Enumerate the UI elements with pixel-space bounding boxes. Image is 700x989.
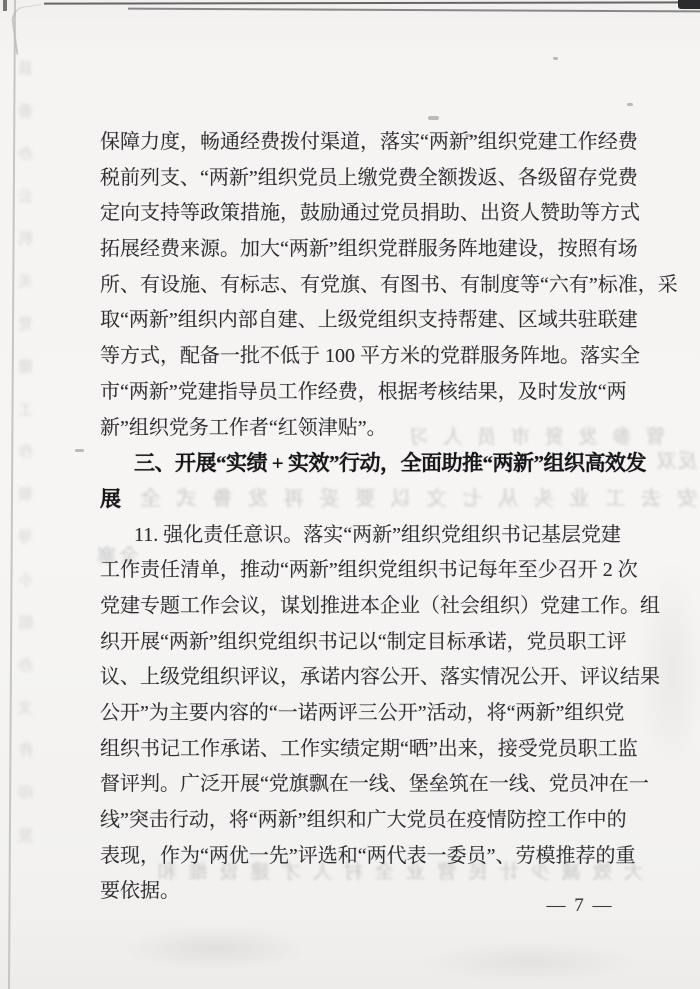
scan-edge-line-top [44,1,700,4]
bleedthrough-text: 县委办公机关党建工作领导小组办文件印发 [16,60,37,870]
page-number: — 7 — [540,893,620,919]
text-line: 取“两新”组织内部自建、上级党组织支持帮建、区域共驻联建 [100,303,628,339]
binding-edge-crease [10,4,48,55]
text-line: 线”突击行动，将“两新”组织和广大党员在疫情防控工作中的 [100,803,628,839]
bleedthrough-text: 反双 [655,446,697,473]
text-line: 市“两新”党建指导员工作经费，根据考核结果，及时发放“两 [100,375,628,411]
scan-corner-mark-left [3,0,7,11]
binding-edge-line [8,0,16,989]
text-line: 拓展经费来源。加大“两新”组织党群服务阵地建设，按照有场 [100,232,628,268]
text-line: 工作责任清单，推动“两新”组织党组织书记每年至少召开 2 次 [100,553,628,589]
paper-stain [120,925,310,971]
text-line: 所、有设施、有标志、有党旗、有图书、有制度等“六有”标准，采 [100,268,628,304]
scanned-document-page: 管参发贤市员人习反双安去工业头从七文以要妥再发鲁式全全寨大效减少计民营业全村人才… [0,0,700,989]
ink-speck [627,103,633,106]
text-line: 组织书记工作承诺、工作实绩定期“晒”出来，接受党员职工监 [100,732,628,768]
ink-speck [75,449,84,452]
text-line: 表现，作为“两优一先”评选和“两代表一委员”、劳模推荐的重 [100,839,628,875]
text-line: 议、上级党组织评议，承诺内容公开、落实情况公开、评议结果 [100,660,628,696]
text-line: 税前列支、“两新”组织党员上缴党费全额拨返、各级留存党费 [100,161,628,197]
text-line: 保障力度，畅通经费拨付渠道，落实“两新”组织党建工作经费 [100,125,628,161]
paper-stain [420,940,640,984]
text-line: 新”组织党务工作者“红领津贴”。 [100,411,628,447]
text-line: 公开”为主要内容的“一诺两评三公开”活动，将“两新”组织党 [100,696,628,732]
text-line: 党建专题工作会议，谋划推进本企业（社会组织）党建工作。组 [100,589,628,625]
scan-edge-line-second [128,8,700,13]
text-line: 等方式，配备一批不低于 100 平方米的党群服务阵地。落实全 [100,339,628,375]
text-line: 11. 强化责任意识。落实“两新”组织党组织书记基层党建 [100,518,628,554]
heading-line: 三、开展“实绩 + 实效”行动，全面助推“两新”组织高效发 [100,446,628,482]
ink-speck [428,116,439,120]
heading-line: 展 [100,482,628,518]
ink-speck [553,57,558,60]
scan-corner-mark-right [678,0,700,9]
text-line: 织开展“两新”组织党组织书记以“制定目标承诺，党员职工评 [100,625,628,661]
document-text-block: 保障力度，畅通经费拨付渠道，落实“两新”组织党建工作经费税前列支、“两新”组织党… [100,125,628,910]
text-line: 督评判。广泛开展“党旗飘在一线、堡垒筑在一线、党员冲在一 [100,767,628,803]
text-line: 定向支持等政策措施，鼓励通过党员捐助、出资人赞助等方式 [100,196,628,232]
